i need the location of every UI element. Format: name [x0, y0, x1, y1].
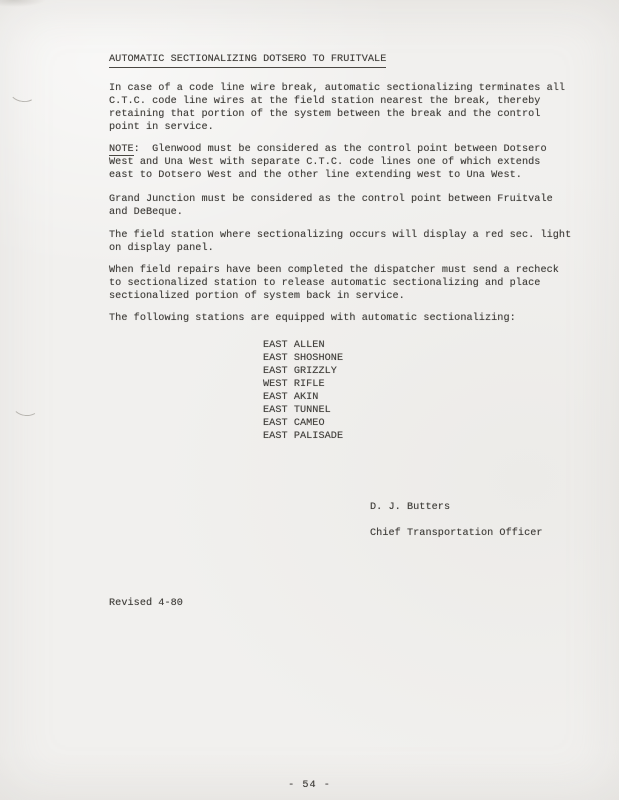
scanned-document-page: AUTOMATIC SECTIONALIZING DOTSERO TO FRUI… — [0, 0, 619, 800]
note-label: NOTE — [109, 144, 134, 156]
station-list-item: EAST AKIN — [263, 391, 594, 404]
station-list: EAST ALLENEAST SHOSHONEEAST GRIZZLYWEST … — [109, 339, 594, 443]
note-continuation: West and Una West with separate C.T.C. c… — [109, 156, 594, 182]
note-first-line: : Glenwood must be considered as the con… — [134, 144, 547, 155]
signer-name: D. J. Butters — [370, 501, 594, 514]
signature-block: D. J. Butters Chief Transportation Offic… — [370, 488, 594, 553]
station-list-item: EAST ALLEN — [263, 339, 594, 352]
scan-mark-arc-middle — [12, 397, 40, 418]
page-number: - 54 - — [0, 780, 619, 791]
station-list-item: EAST PALISADE — [263, 430, 594, 443]
field-station-paragraph: The field station where sectionalizing o… — [109, 229, 594, 255]
station-list-item: EAST TUNNEL — [263, 404, 594, 417]
station-list-item: EAST CAMEO — [263, 417, 594, 430]
station-list-item: EAST SHOSHONE — [263, 352, 594, 365]
station-list-item: WEST RIFLE — [263, 378, 594, 391]
stations-intro-line: The following stations are equipped with… — [109, 312, 594, 325]
document-body: AUTOMATIC SECTIONALIZING DOTSERO TO FRUI… — [109, 53, 594, 610]
intro-paragraph: In case of a code line wire break, autom… — [109, 82, 594, 134]
scan-mark-arc-top — [9, 82, 37, 103]
station-list-item: EAST GRIZZLY — [263, 365, 594, 378]
note-paragraph: NOTE: Glenwood must be considered as the… — [109, 143, 594, 182]
repairs-paragraph: When field repairs have been completed t… — [109, 264, 594, 303]
revision-note: Revised 4-80 — [109, 597, 594, 610]
scan-edge-smudge — [0, 0, 46, 7]
grand-junction-paragraph: Grand Junction must be considered as the… — [109, 193, 594, 219]
signer-title: Chief Transportation Officer — [370, 527, 594, 540]
document-title: AUTOMATIC SECTIONALIZING DOTSERO TO FRUI… — [109, 53, 386, 68]
